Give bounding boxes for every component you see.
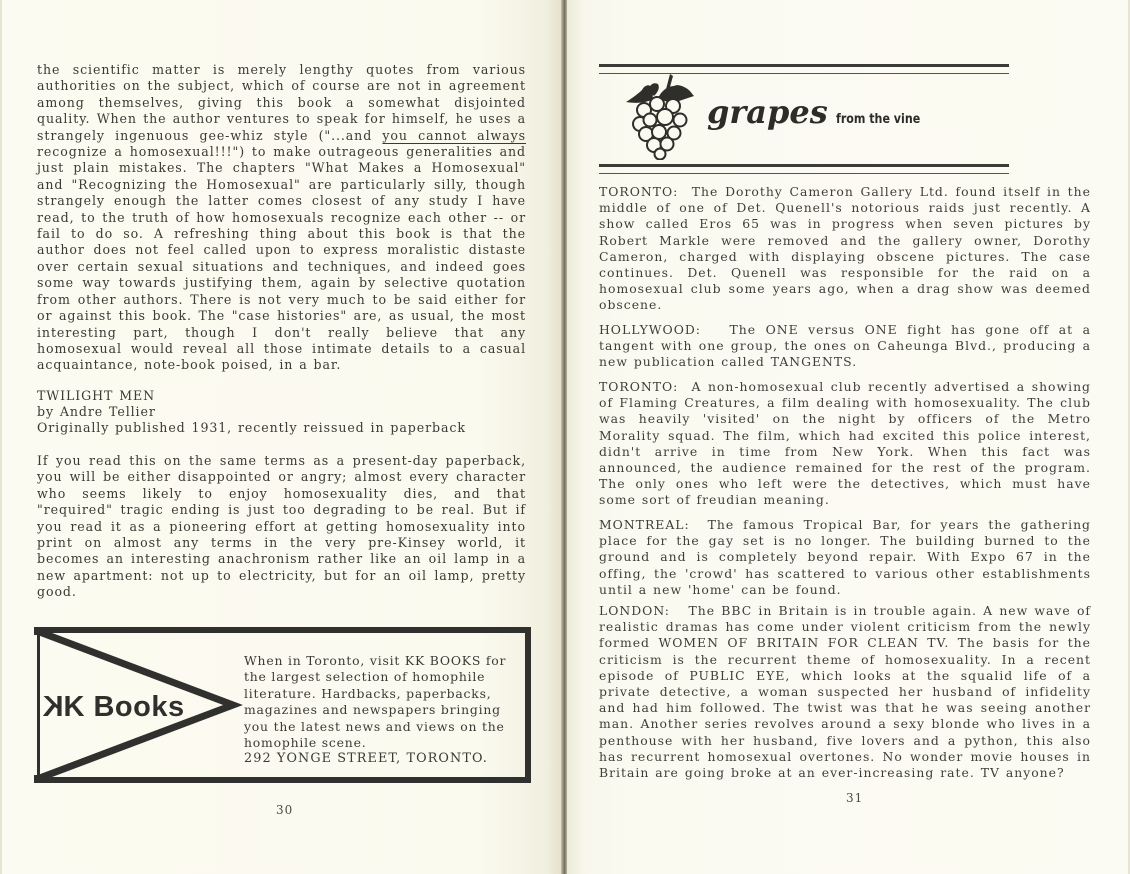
news-item: HOLLYWOOD: The ONE versus ONE fight has … [599, 322, 1091, 371]
news-location: HOLLYWOOD: [599, 322, 701, 337]
book-review-body: If you read this on the same terms as a … [37, 453, 526, 601]
column-subtitle: from the vine [836, 111, 920, 127]
book-author: by Andre Tellier [37, 404, 526, 420]
page-number-right: 31 [846, 791, 863, 805]
kk-books-advertisement: KK Books When in Toronto, visit KK BOOKS… [34, 627, 531, 783]
news-text: A non-homosexual club recently advertise… [599, 379, 1091, 507]
news-text: The BBC in Britain is in trouble again. … [599, 603, 1091, 780]
left-page-edge [0, 0, 2, 874]
book-review-heading: TWILIGHT MEN by Andre Tellier Originally… [37, 388, 526, 436]
review-continued-text: the scientific matter is merely lengthy … [37, 62, 526, 374]
page-number-left: 30 [276, 803, 293, 817]
book-title: TWILIGHT MEN [37, 388, 526, 404]
news-location: TORONTO: [599, 379, 678, 394]
news-item: MONTREAL: The famous Tropical Bar, for y… [599, 517, 1091, 598]
column-title: grapes [707, 93, 828, 131]
news-item: TORONTO: The Dorothy Cameron Gallery Ltd… [599, 184, 1091, 314]
logo-mirrored-k: K [42, 691, 63, 724]
ad-address: 292 YONGE STREET, TORONTO. [244, 751, 519, 767]
ad-copy: When in Toronto, visit KK BOOKS for the … [244, 653, 519, 768]
news-location: MONTREAL: [599, 517, 690, 532]
logo-word: Books [93, 691, 184, 723]
news-text: The Dorothy Cameron Gallery Ltd. found i… [599, 184, 1091, 312]
kk-books-logo: KK Books [42, 691, 185, 724]
review-text-part-2: recognize a homosexual!!!") to make outr… [37, 144, 526, 372]
underlined-phrase: you cannot always [382, 128, 526, 143]
book-publication-note: Originally published 1931, recently reis… [37, 420, 526, 436]
logo-k: K [63, 691, 84, 723]
news-location: TORONTO: [599, 184, 678, 199]
grapes-icon [624, 72, 696, 160]
news-item: LONDON: The BBC in Britain is in trouble… [599, 603, 1091, 781]
header-rule-bottom [599, 164, 1009, 174]
book-spine-gutter [561, 0, 567, 874]
column-header: grapesfrom the vine [707, 93, 938, 131]
news-item: TORONTO: A non-homosexual club recently … [599, 379, 1091, 509]
book-review-paragraph: If you read this on the same terms as a … [37, 453, 526, 601]
news-location: LONDON: [599, 603, 670, 618]
ad-body: When in Toronto, visit KK BOOKS for the … [244, 653, 519, 751]
